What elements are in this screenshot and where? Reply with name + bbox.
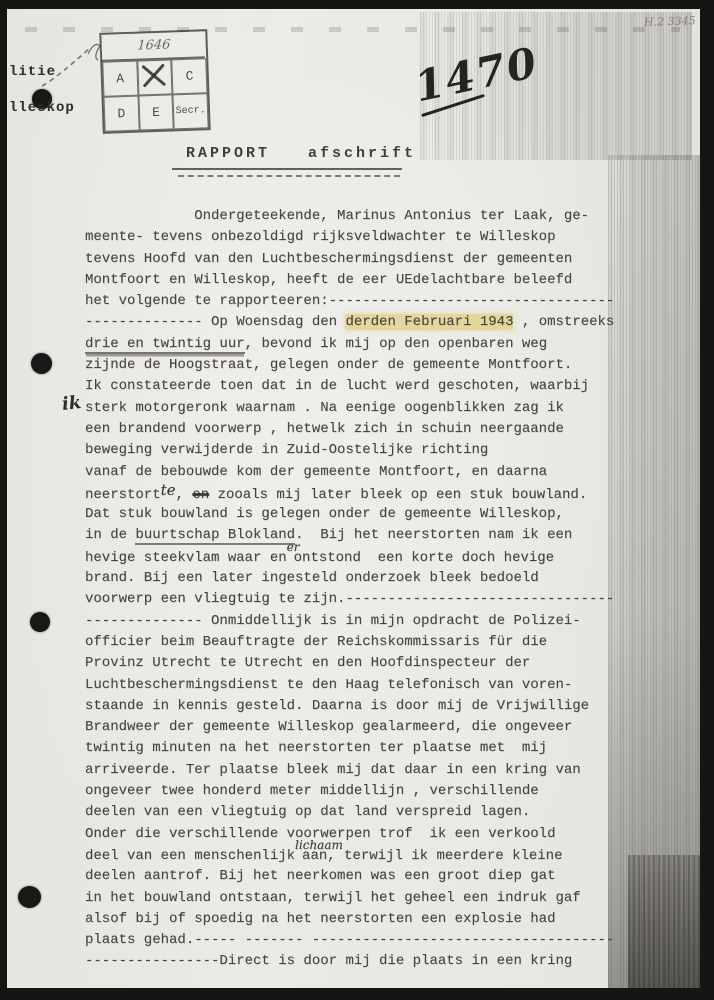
text-segment: in de <box>85 527 135 543</box>
document-line: Montfoort en Willeskop, heeft de eer UEd… <box>85 270 645 291</box>
document-line: voorwerp een vliegtuig te zijn.---------… <box>85 589 645 610</box>
document-line: Brandweer der gemeente Willeskop gealarm… <box>85 717 645 738</box>
text-segment: tevens Hoofd van den Luchtbeschermingsdi… <box>85 251 572 267</box>
text-segment: ongeveer twee honderd meter middellijn ,… <box>85 783 539 799</box>
document-line: brand. Bij een later ingesteld onderzoek… <box>85 568 645 589</box>
text-segment: , <box>176 487 193 503</box>
document-line: arriveerde. Ter plaatse bleek mij dat da… <box>85 760 645 781</box>
text-segment: Dat stuk bouwland is gelegen onder de ge… <box>85 506 564 522</box>
text-segment: , bevond ik mij op den openbaren weg <box>245 336 547 352</box>
text-segment: zijnde de Hoogstraat, gelegen onder de g… <box>85 357 572 373</box>
archive-ref: H.2 3345 <box>644 14 696 29</box>
text-segment: Montfoort en Willeskop, heeft de eer UEd… <box>85 272 572 288</box>
report-title: RAPPORT afschrift <box>186 145 416 162</box>
title-word-rapport: RAPPORT <box>186 145 270 162</box>
stamp-cell-c: C <box>172 58 208 94</box>
text-segment: Ik constateerde toen dat in de lucht wer… <box>85 378 589 394</box>
document-line: Ondergeteekende, Marinus Antonius ter La… <box>85 206 645 227</box>
text-segment: -------------- Onmiddellijk is in mijn o… <box>85 613 581 629</box>
text-segment: Brandweer der gemeente Willeskop gealarm… <box>85 719 572 735</box>
text-segment: een brandend voorwerp , hetwelk zich in … <box>85 421 564 437</box>
text-segment: zooals mij later bleek op een stuk bouwl… <box>209 487 587 503</box>
title-underline <box>172 168 402 170</box>
document-line: ----------------Direct is door mij die p… <box>85 951 645 972</box>
registration-stamp: 1646 A C D E Secr. <box>99 29 210 134</box>
punch-hole <box>30 612 50 632</box>
stamp-cell-d: D <box>104 96 140 132</box>
document-line: hevige steekvlam waar enerontstond een k… <box>85 547 645 568</box>
document-line: tevens Hoofd van den Luchtbeschermingsdi… <box>85 249 645 270</box>
x-mark-icon <box>140 63 167 90</box>
margin-note-ik: ik <box>61 392 82 415</box>
document-line: Ik constateerde toen dat in de lucht wer… <box>85 376 645 397</box>
text-segment: hevige steekvlam waar en <box>85 550 287 566</box>
scan-background: { "colors": { "paper": "#e9e8e4", "ink":… <box>0 0 714 1000</box>
text-segment: in het bouwland ontstaan, terwijl het ge… <box>85 890 581 906</box>
punch-hole <box>31 353 52 374</box>
document-line: officier beim Beauftragte der Reichskomm… <box>85 632 645 653</box>
text-segment: meente- tevens onbezoldigd rijksveldwach… <box>85 229 555 245</box>
text-segment: vanaf de bebouwde kom der gemeente Montf… <box>85 464 547 480</box>
text-segment: brand. Bij een later ingesteld onderzoek… <box>85 570 539 586</box>
document-line: vanaf de bebouwde kom der gemeente Montf… <box>85 462 645 483</box>
text-segment: Luchtbeschermingsdienst te den Haag tele… <box>85 677 572 693</box>
text-segment: arriveerde. Ter plaatse bleek mij dat da… <box>85 762 581 778</box>
handwritten-insert: te <box>161 481 176 499</box>
stamp-date-note: 1646 <box>137 37 171 53</box>
text-segment: ----------------Direct is door mij die p… <box>85 953 572 969</box>
punch-hole <box>18 886 41 908</box>
text-segment: neerstort <box>85 487 161 503</box>
document-line: Luchtbeschermingsdienst te den Haag tele… <box>85 675 645 696</box>
document-line: in de buurtschap Blokland. Bij het neers… <box>85 525 645 546</box>
document-line: Dat stuk bouwland is gelegen onder de ge… <box>85 504 645 525</box>
text-segment: staande in kennis gesteld. Daarna is doo… <box>85 698 589 714</box>
text-segment: en <box>192 487 209 503</box>
document-line: zijnde de Hoogstraat, gelegen onder de g… <box>85 355 645 376</box>
document-line: in het bouwland ontstaan, terwijl het ge… <box>85 888 645 909</box>
handwritten-insert: er <box>287 537 294 558</box>
title-word-afschrift: afschrift <box>308 145 416 162</box>
stamp-cell-secr: Secr. <box>173 93 209 129</box>
document-line: staande in kennis gesteld. Daarna is doo… <box>85 696 645 717</box>
document-line: drie en twintig uur, bevond ik mij op de… <box>85 334 645 355</box>
document-line: plaats gehad.----- ------- -------------… <box>85 930 645 951</box>
text-segment: derden Februari 1943 <box>345 314 513 330</box>
stamp-cell-a: A <box>102 61 138 97</box>
text-segment: . Bij het neerstorten nam ik een <box>295 527 572 543</box>
text-segment: , omstreeks <box>513 314 614 330</box>
document-line: beweging verwijderde in Zuid-Oostelijke … <box>85 440 645 461</box>
text-segment: sterk motorgeronk waarnam . Na eenige oo… <box>85 400 564 416</box>
text-segment: voorwerp een vliegtuig te zijn.---------… <box>85 591 614 607</box>
text-segment: deel van een menschenlijk <box>85 848 295 864</box>
document-line: ongeveer twee honderd meter middellijn ,… <box>85 781 645 802</box>
text-segment: buurtschap Blokland <box>135 527 295 545</box>
text-segment: deelen aantrof. Bij het neerkomen was ee… <box>85 868 555 884</box>
document-line: deelen van een vliegtuig op dat land ver… <box>85 802 645 823</box>
document-line: het volgende te rapporteeren:-----------… <box>85 291 645 312</box>
handwritten-insert: lichaam <box>295 835 302 856</box>
document-line: Provinz Utrecht te Utrecht en den Hoofdi… <box>85 653 645 674</box>
edge-word-lleskop: lleskop <box>9 100 75 116</box>
text-segment: officier beim Beauftragte der Reichskomm… <box>85 634 547 650</box>
text-segment: Ondergeteekende, Marinus Antonius ter La… <box>85 208 589 224</box>
document-line: -------------- Op Woensdag den derden Fe… <box>85 312 645 333</box>
document-line: neerstortte, en zooals mij later bleek o… <box>85 483 645 504</box>
title-underline-dashed <box>178 175 400 177</box>
text-segment: beweging verwijderde in Zuid-Oostelijke … <box>85 442 488 458</box>
text-segment: het volgende te rapporteeren:-----------… <box>85 293 614 309</box>
document-line: sterk motorgeronk waarnam . Na eenige oo… <box>85 398 645 419</box>
document-line: deelen aantrof. Bij het neerkomen was ee… <box>85 866 645 887</box>
text-segment: ontstond een korte doch hevige <box>294 550 554 566</box>
text-segment: alsof bij of spoedig na het neerstorten … <box>85 911 555 927</box>
text-segment: plaats gehad.----- ------- -------------… <box>85 932 614 948</box>
stamp-cell-e: E <box>138 94 174 130</box>
document-line: deel van een menschenlijklichaamaan, ter… <box>85 845 645 866</box>
document-line: Onder die verschillende voorwerpen trof … <box>85 824 645 845</box>
text-segment: drie en twintig uur <box>85 336 245 354</box>
document-line: twintig minuten na het neerstorten ter p… <box>85 738 645 759</box>
text-segment: twintig minuten na het neerstorten ter p… <box>85 740 547 756</box>
document-line: -------------- Onmiddellijk is in mijn o… <box>85 611 645 632</box>
text-segment: Provinz Utrecht te Utrecht en den Hoofdi… <box>85 655 530 671</box>
text-segment: -------------- Op Woensdag den <box>85 314 345 330</box>
document-body: Ondergeteekende, Marinus Antonius ter La… <box>85 206 645 973</box>
document-line: een brandend voorwerp , hetwelk zich in … <box>85 419 645 440</box>
stamp-header: 1646 <box>101 31 207 62</box>
document-line: alsof bij of spoedig na het neerstorten … <box>85 909 645 930</box>
document-line: meente- tevens onbezoldigd rijksveldwach… <box>85 227 645 248</box>
text-segment: deelen van een vliegtuig op dat land ver… <box>85 804 530 820</box>
